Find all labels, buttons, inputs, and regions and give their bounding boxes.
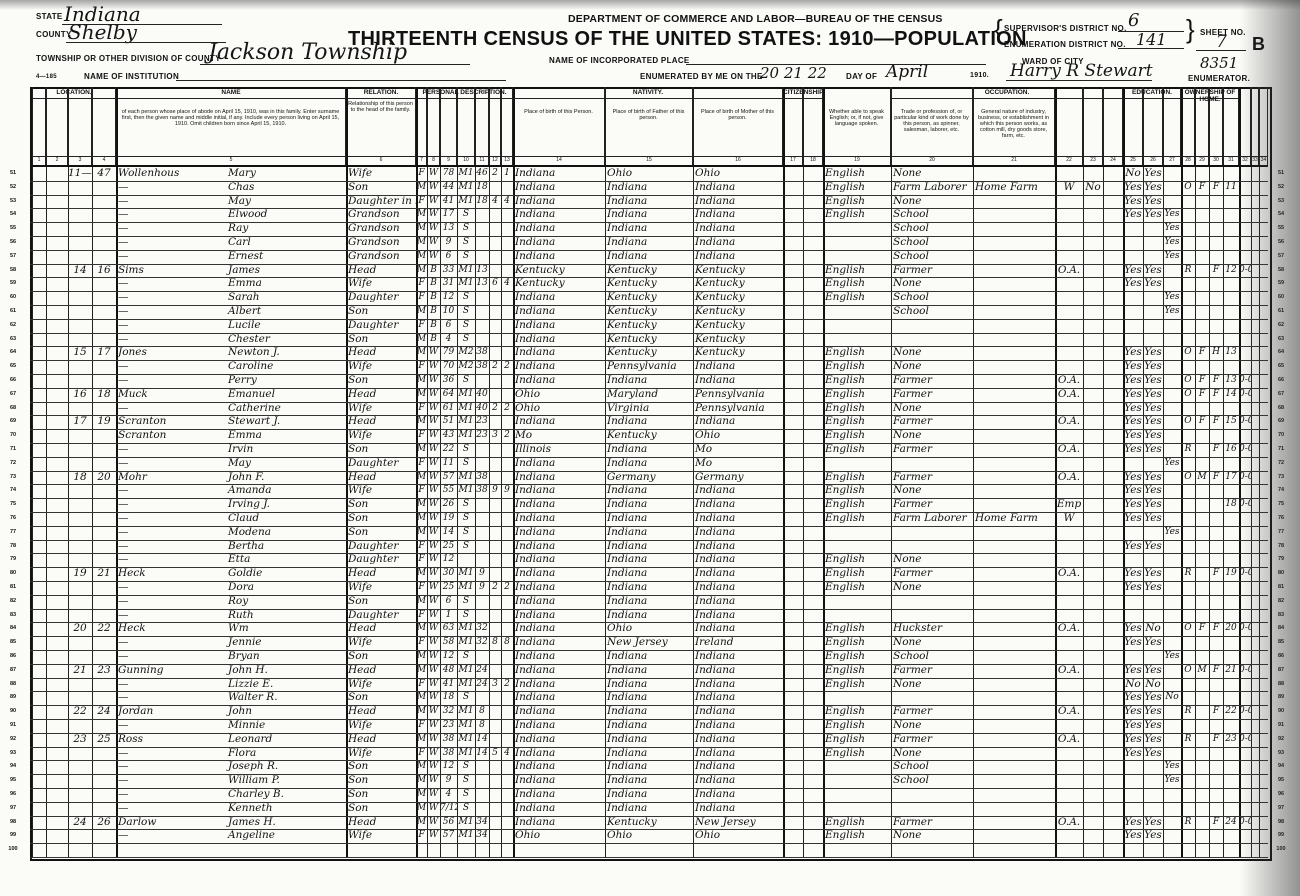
cell-relation: Head (346, 664, 416, 678)
cell-blind (1251, 760, 1259, 774)
cell-marital: S (457, 250, 475, 264)
cell-school: Yes (1163, 760, 1181, 774)
cell-out-of-work (1083, 843, 1103, 857)
cell-survivor (1239, 774, 1251, 788)
cell-blind (1251, 526, 1259, 540)
cell-living (501, 512, 513, 526)
cell-race (427, 843, 440, 857)
cell-survivor (1239, 457, 1251, 471)
cell-industry (973, 319, 1055, 333)
cell-school (1163, 415, 1181, 429)
cell-weeks (1103, 581, 1123, 595)
cell-blind (1251, 360, 1259, 374)
cell-marital: S (457, 208, 475, 222)
cell-father-birth: Indiana (605, 415, 693, 429)
cell-mortgage (1195, 829, 1209, 843)
table-row: —SarahDaughterFB12SIndianaKentuckyKentuc… (30, 291, 1268, 306)
cell-schedule (1223, 222, 1239, 236)
cell-birthplace: Indiana (513, 581, 605, 595)
cell-mother-birth: Kentucky (693, 346, 783, 360)
cell-dwelling (68, 788, 92, 802)
person-name: —Dora (116, 581, 346, 595)
cell-farm (1209, 250, 1223, 264)
cell-race: W (427, 705, 440, 719)
cell-language: English (823, 277, 891, 291)
cell-family (92, 374, 116, 388)
cell-race: W (427, 388, 440, 402)
cell-schedule (1223, 650, 1239, 664)
county-underline (66, 42, 226, 43)
cell-years-married (475, 222, 489, 236)
table-row: —CarlGrandsonMW9SIndianaIndianaIndianaSc… (30, 236, 1268, 251)
given-name: Catherine (228, 402, 281, 414)
surname: — (118, 305, 228, 319)
cell-weeks (1103, 333, 1123, 347)
cell-marital: M1 (457, 733, 475, 747)
cell-living: 2 (501, 678, 513, 692)
cell-marital: M1 (457, 567, 475, 581)
cell-write: Yes (1143, 195, 1163, 209)
line-number: 83 (4, 612, 22, 618)
column-number: 7 (416, 156, 427, 165)
cell-school (1163, 346, 1181, 360)
cell-dwelling (68, 236, 92, 250)
surname: — (118, 319, 228, 333)
cell-out-of-work (1083, 222, 1103, 236)
cell-father-birth: Indiana (605, 678, 693, 692)
cell-born (489, 208, 501, 222)
cell-deaf (1259, 484, 1268, 498)
cell-age: 6 (440, 250, 457, 264)
supervisor-district-label: Supervisor's District No. (1004, 24, 1127, 33)
given-name: May (228, 457, 251, 469)
cell-write: Yes (1143, 636, 1163, 650)
cell-farm: F (1209, 567, 1223, 581)
cell-out-of-work (1083, 719, 1103, 733)
cell-mortgage (1195, 595, 1209, 609)
cell-read: Yes (1123, 512, 1143, 526)
cell-race: W (427, 360, 440, 374)
cell-emp (1055, 540, 1083, 554)
cell-deaf (1259, 222, 1268, 236)
cell-born: 4 (489, 195, 501, 209)
column-number: 27 (1163, 156, 1181, 165)
given-name: Ruth (228, 609, 254, 621)
cell-trade: None (891, 346, 973, 360)
cell-language: English (823, 650, 891, 664)
cell-marital: M1 (457, 747, 475, 761)
cell-language: English (823, 208, 891, 222)
cell-dwelling (68, 333, 92, 347)
cell-sex: M (416, 774, 427, 788)
cell-father-birth: Virginia (605, 402, 693, 416)
cell-mother-birth: Pennsylvania (693, 388, 783, 402)
cell-read: Yes (1123, 415, 1143, 429)
cell-deaf (1259, 402, 1268, 416)
cell-owned: O (1181, 415, 1195, 429)
district-brace-left: { (994, 18, 1003, 40)
column-header-c15: Place of birth of Father of this person. (605, 87, 693, 165)
cell-born (489, 622, 501, 636)
cell-mother-birth: Kentucky (693, 319, 783, 333)
column-header-c34 (1259, 87, 1268, 165)
cell-language: English (823, 581, 891, 595)
cell-mortgage (1195, 678, 1209, 692)
given-name: Bertha (228, 540, 264, 552)
cell-read: Yes (1123, 360, 1143, 374)
cell-trade: Farmer (891, 388, 973, 402)
cell-born (489, 719, 501, 733)
surname: — (118, 788, 228, 802)
cell-father-birth: Indiana (605, 208, 693, 222)
surname: — (118, 222, 228, 236)
cell-emp (1055, 457, 1083, 471)
cell-emp: O.A. (1055, 705, 1083, 719)
cell-relation: Wife (346, 277, 416, 291)
given-name: Modena (228, 526, 271, 538)
cell-father-birth: Indiana (605, 774, 693, 788)
column-number: 17 (783, 156, 803, 165)
cell-emp (1055, 747, 1083, 761)
cell-mother-birth: Ohio (693, 167, 783, 181)
given-name: Irvin (228, 443, 253, 455)
line-number: 68 (1272, 405, 1290, 411)
given-name: Emma (228, 429, 262, 441)
cell-marital: M2 (457, 360, 475, 374)
column-number: 26 (1143, 156, 1163, 165)
cell-schedule (1223, 843, 1239, 857)
cell-deaf (1259, 540, 1268, 554)
cell-survivor (1239, 788, 1251, 802)
given-name: Joseph R. (228, 760, 278, 772)
cell-industry (973, 167, 1055, 181)
cell-industry (973, 291, 1055, 305)
cell-relation: Daughter (346, 457, 416, 471)
cell-father-birth: Indiana (605, 788, 693, 802)
cell-blind (1251, 471, 1259, 485)
cell-schedule (1223, 484, 1239, 498)
cell-survivor (1239, 319, 1251, 333)
cell-born: 2 (489, 167, 501, 181)
cell-family: 16 (92, 264, 116, 278)
cell-write: No (1143, 678, 1163, 692)
cell-school: Yes (1163, 236, 1181, 250)
cell-farm (1209, 512, 1223, 526)
cell-owned (1181, 691, 1195, 705)
cell-birthplace: Indiana (513, 208, 605, 222)
given-name: Minnie (228, 719, 265, 731)
line-number: 87 (4, 667, 22, 673)
surname: — (118, 208, 228, 222)
line-number: 93 (4, 750, 22, 756)
cell-family: 20 (92, 471, 116, 485)
cell-age: 10 (440, 305, 457, 319)
cell-trade: Farmer (891, 567, 973, 581)
cell-read: Yes (1123, 691, 1143, 705)
cell-age: 78 (440, 167, 457, 181)
table-row: 1921HeckGoldieHeadMW30M19IndianaIndianaI… (30, 567, 1268, 582)
cell-schedule: 24 (1223, 816, 1239, 830)
cell-born (489, 802, 501, 816)
line-number: 80 (1272, 570, 1290, 576)
cell-emp (1055, 774, 1083, 788)
cell-years-married: 46 (475, 167, 489, 181)
person-name: SimsJames (116, 264, 346, 278)
cell-years-married: 40 (475, 388, 489, 402)
cell-born (489, 471, 501, 485)
cell-emp: Emp (1055, 498, 1083, 512)
cell-race: W (427, 484, 440, 498)
cell-father-birth: Indiana (605, 747, 693, 761)
cell-deaf (1259, 664, 1268, 678)
cell-living: 2 (501, 402, 513, 416)
line-number: 76 (4, 515, 22, 521)
cell-father-birth: Ohio (605, 167, 693, 181)
line-number: 65 (1272, 363, 1290, 369)
cell-sex (416, 843, 427, 857)
surname: — (118, 747, 228, 761)
cell-mortgage (1195, 816, 1209, 830)
cell-out-of-work (1083, 415, 1103, 429)
cell-relation: Head (346, 264, 416, 278)
cell-trade: Farmer (891, 705, 973, 719)
cell-age: 6 (440, 595, 457, 609)
cell-industry (973, 360, 1055, 374)
cell-age: 33 (440, 264, 457, 278)
column-header-c9 (440, 87, 457, 165)
cell-marital: M1 (457, 388, 475, 402)
cell-family (92, 843, 116, 857)
line-number: 54 (1272, 211, 1290, 217)
column-header-c5: of each person whose place of abode on A… (116, 87, 346, 165)
line-number: 74 (4, 487, 22, 493)
cell-mortgage (1195, 236, 1209, 250)
cell-trade: School (891, 208, 973, 222)
cell-age: 57 (440, 471, 457, 485)
cell-living (501, 457, 513, 471)
given-name: Kenneth (228, 802, 273, 814)
cell-born (489, 498, 501, 512)
table-row: —Joseph R.SonMW12SIndianaIndianaIndianaS… (30, 760, 1268, 775)
cell-school (1163, 167, 1181, 181)
cell-farm: F (1209, 622, 1223, 636)
cell-sex: F (416, 167, 427, 181)
cell-school (1163, 540, 1181, 554)
cell-years-married (475, 333, 489, 347)
cell-birthplace: Indiana (513, 816, 605, 830)
cell-mother-birth: Indiana (693, 484, 783, 498)
cell-age: 31 (440, 277, 457, 291)
cell-write: Yes (1143, 181, 1163, 195)
cell-weeks (1103, 236, 1123, 250)
given-name: Roy (228, 595, 248, 607)
person-name (116, 843, 346, 857)
cell-birthplace: Indiana (513, 802, 605, 816)
surname: — (118, 829, 228, 843)
line-number: 99 (1272, 832, 1290, 838)
cell-mother-birth: Indiana (693, 415, 783, 429)
given-name: Emanuel (228, 388, 275, 400)
table-row: —AlbertSonMB10SIndianaKentuckyKentuckySc… (30, 305, 1268, 320)
cell-born (489, 388, 501, 402)
cell-weeks (1103, 664, 1123, 678)
column-header-c8 (427, 87, 440, 165)
cell-language: English (823, 402, 891, 416)
cell-weeks (1103, 208, 1123, 222)
cell-industry (973, 388, 1055, 402)
line-number: 79 (4, 556, 22, 562)
cell-father-birth (605, 843, 693, 857)
cell-emp: O.A. (1055, 264, 1083, 278)
cell-race: W (427, 581, 440, 595)
cell-marital: S (457, 540, 475, 554)
cell-out-of-work (1083, 636, 1103, 650)
line-number: 70 (1272, 432, 1290, 438)
column-number: 28 (1181, 156, 1195, 165)
cell-father-birth: Indiana (605, 498, 693, 512)
column-number: 12 (489, 156, 501, 165)
person-name: —Flora (116, 747, 346, 761)
cell-years-married: 14 (475, 747, 489, 761)
cell-marital: M2 (457, 346, 475, 360)
table-row: —AmandaWifeFW55M13899IndianaIndianaIndia… (30, 484, 1268, 499)
cell-birthplace: Indiana (513, 691, 605, 705)
column-number: 13 (501, 156, 513, 165)
cell-marital: S (457, 788, 475, 802)
table-row: —PerrySonMW36SIndianaIndianaIndianaEngli… (30, 374, 1268, 389)
cell-relation: Son (346, 650, 416, 664)
cell-owned (1181, 581, 1195, 595)
line-number: 98 (4, 819, 22, 825)
cell-trade (891, 788, 973, 802)
column-number: 32 (1239, 156, 1251, 165)
cell-years-married (475, 498, 489, 512)
cell-emp (1055, 760, 1083, 774)
cell-living (501, 567, 513, 581)
person-name: ScrantonStewart J. (116, 415, 346, 429)
cell-owned (1181, 208, 1195, 222)
cell-school (1163, 498, 1181, 512)
cell-deaf (1259, 195, 1268, 209)
surname: — (118, 774, 228, 788)
cell-born (489, 609, 501, 623)
cell-school (1163, 277, 1181, 291)
cell-read: Yes (1123, 208, 1143, 222)
cell-owned (1181, 333, 1195, 347)
cell-deaf (1259, 802, 1268, 816)
cell-out-of-work (1083, 402, 1103, 416)
given-name: Lizzie E. (228, 678, 273, 690)
cell-owned (1181, 719, 1195, 733)
line-number: 96 (4, 791, 22, 797)
cell-sex: M (416, 733, 427, 747)
cell-years-married (475, 788, 489, 802)
cell-birthplace: Indiana (513, 622, 605, 636)
cell-industry (973, 526, 1055, 540)
cell-race: W (427, 222, 440, 236)
cell-family (92, 691, 116, 705)
cell-emp (1055, 484, 1083, 498)
cell-dwelling (68, 747, 92, 761)
column-header-c1 (32, 87, 46, 165)
cell-relation: Wife (346, 402, 416, 416)
person-name: —Chas (116, 181, 346, 195)
cell-write: Yes (1143, 429, 1163, 443)
cell-write: Yes (1143, 498, 1163, 512)
cell-schedule (1223, 802, 1239, 816)
cell-marital: M1 (457, 719, 475, 733)
column-number: 14 (513, 156, 605, 165)
enumerator-underline (1006, 80, 1152, 81)
cell-owned: R (1181, 816, 1195, 830)
cell-years-married: 14 (475, 733, 489, 747)
cell-mortgage (1195, 333, 1209, 347)
surname: Scranton (118, 415, 228, 429)
cell-father-birth: Indiana (605, 484, 693, 498)
surname: — (118, 498, 228, 512)
cell-language: English (823, 567, 891, 581)
cell-write (1143, 305, 1163, 319)
cell-deaf (1259, 443, 1268, 457)
cell-write: Yes (1143, 167, 1163, 181)
cell-deaf (1259, 567, 1268, 581)
cell-birthplace: Indiana (513, 333, 605, 347)
cell-marital: S (457, 760, 475, 774)
cell-weeks (1103, 457, 1123, 471)
cell-age: 12 (440, 650, 457, 664)
line-number: 59 (1272, 280, 1290, 286)
person-name: —Joseph R. (116, 760, 346, 774)
cell-blind (1251, 264, 1259, 278)
cell-owned (1181, 843, 1195, 857)
line-number: 80 (4, 570, 22, 576)
cell-family (92, 195, 116, 209)
cell-out-of-work (1083, 540, 1103, 554)
cell-industry (973, 760, 1055, 774)
cell-mortgage (1195, 498, 1209, 512)
cell-birthplace: Indiana (513, 484, 605, 498)
cell-owned (1181, 512, 1195, 526)
cell-family (92, 429, 116, 443)
table-row: —RayGrandsonMW13SIndianaIndianaIndianaSc… (30, 222, 1268, 237)
cell-farm (1209, 843, 1223, 857)
cell-survivor (1239, 346, 1251, 360)
cell-family (92, 291, 116, 305)
cell-industry (973, 553, 1055, 567)
cell-living (501, 650, 513, 664)
cell-language: English (823, 264, 891, 278)
cell-out-of-work (1083, 195, 1103, 209)
cell-years-married: 34 (475, 829, 489, 843)
cell-survivor: 0-0-0 (1239, 567, 1251, 581)
cell-marital: S (457, 305, 475, 319)
cell-blind (1251, 195, 1259, 209)
cell-out-of-work (1083, 250, 1103, 264)
cell-relation: Head (346, 471, 416, 485)
cell-deaf (1259, 457, 1268, 471)
cell-race: W (427, 567, 440, 581)
cell-industry (973, 346, 1055, 360)
cell-industry (973, 471, 1055, 485)
person-name: —Caroline (116, 360, 346, 374)
cell-survivor: 0-0-0 (1239, 498, 1251, 512)
cell-family (92, 402, 116, 416)
cell-age: 18 (440, 691, 457, 705)
cell-trade: Farm Laborer (891, 181, 973, 195)
cell-living (501, 471, 513, 485)
cell-read (1123, 222, 1143, 236)
line-number: 55 (4, 225, 22, 231)
